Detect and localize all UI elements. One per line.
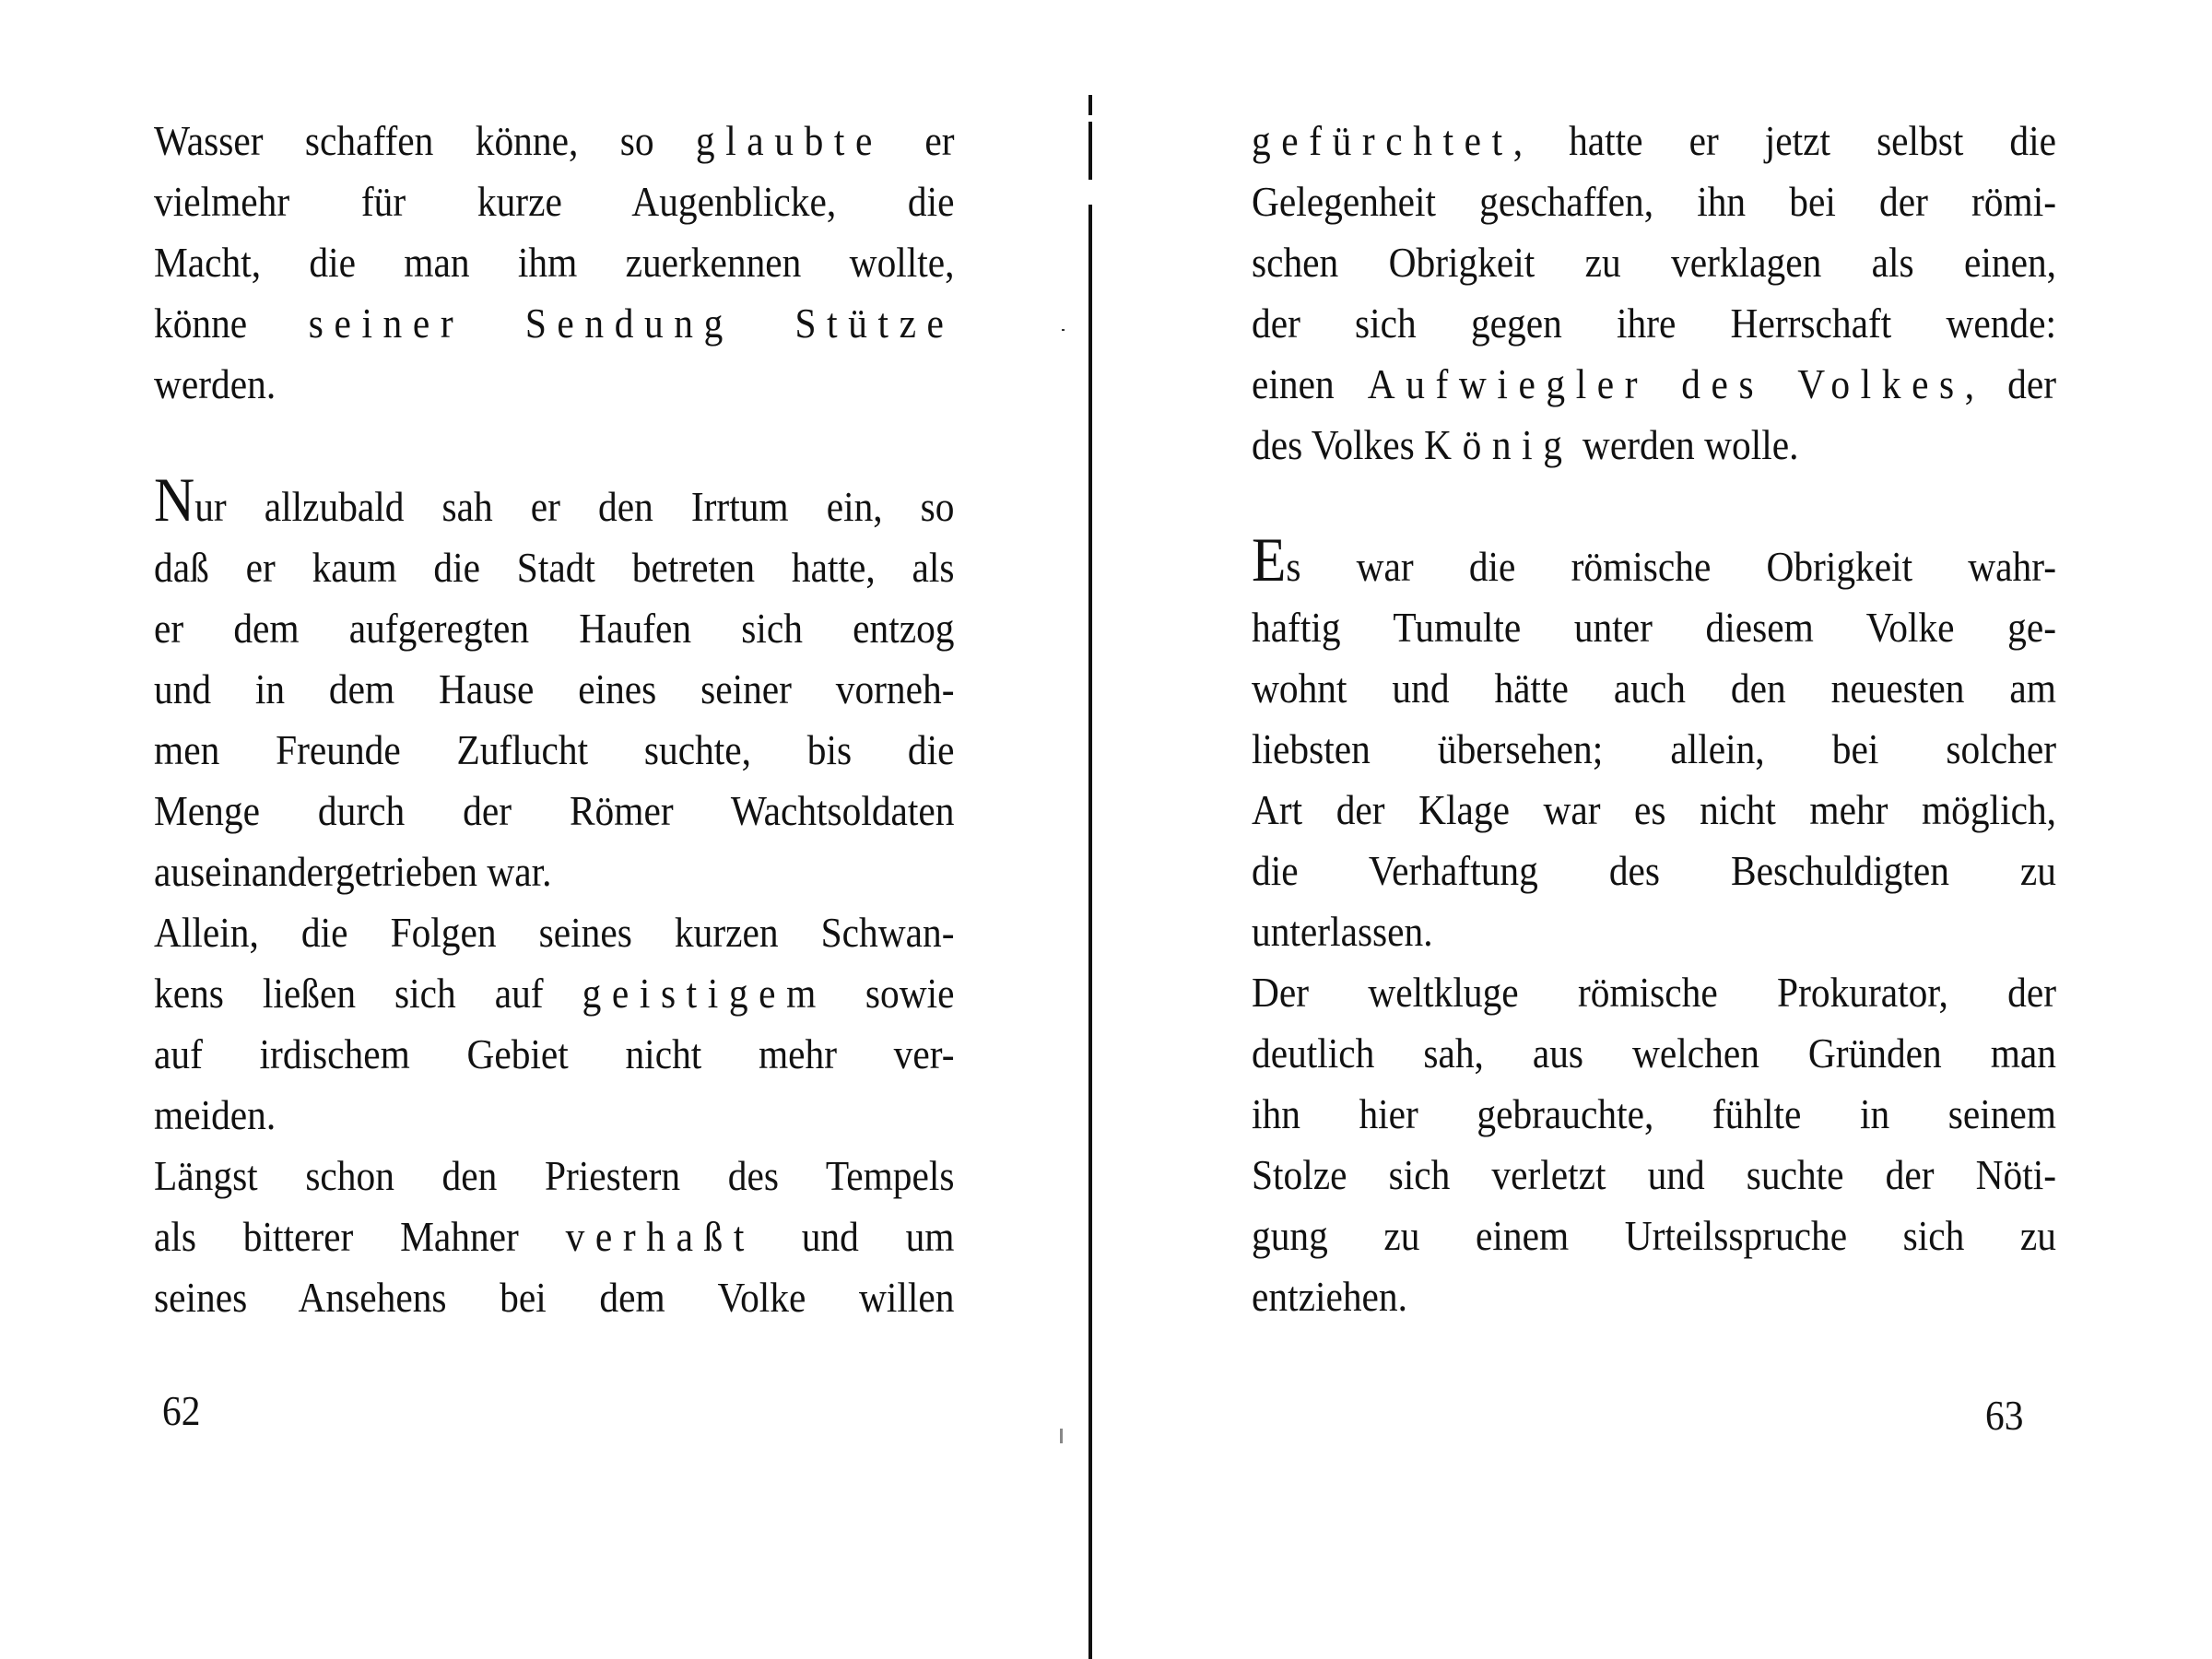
text-line: ihn hier gebrauchte, fühlte in seinem (1252, 1084, 2056, 1145)
text-line: men Freunde Zuflucht suchte, bis die (154, 720, 955, 781)
text-line: könne seiner Sendung Stütze (154, 293, 955, 354)
text-line: daß er kaum die Stadt betreten hatte, al… (154, 537, 955, 598)
right-page: gefürchtet, hatte er jetzt selbst dieGel… (1093, 0, 2212, 1659)
text-line: auseinandergetrieben war. (154, 841, 955, 902)
text-line: und in dem Hause eines seiner vorneh- (154, 659, 955, 720)
drop-initial: E (1252, 524, 1286, 594)
emphasis-spaced-word: seiner (309, 300, 464, 347)
text-line: gung zu einem Urteilsspruche sich zu (1252, 1206, 2056, 1266)
text-line: Stolze sich verletzt und suchte der Nöti… (1252, 1145, 2056, 1206)
text-line: Es war die römische Obrigkeit wahr- (1252, 536, 2056, 597)
emphasis-spaced-word: Stütze (794, 300, 954, 347)
text-line: Längst schon den Priestern des Tempels (154, 1146, 955, 1206)
scan-speck (1060, 1429, 1063, 1443)
text-line: Allein, die Folgen seines kurzen Schwan- (154, 902, 955, 963)
text-line: Art der Klage war es nicht mehr möglich, (1252, 780, 2056, 841)
text-line: vielmehr für kurze Augenblicke, die (154, 171, 955, 232)
text-line: er dem aufgeregten Haufen sich entzog (154, 598, 955, 659)
emphasis-spaced-word: glaubte (696, 117, 883, 164)
text-line: des Volkes König werden wolle. (1252, 415, 2056, 476)
text-line: Nur allzubald sah er den Irrtum ein, so (154, 477, 955, 537)
drop-initial: N (154, 465, 194, 535)
text-line: der sich gegen ihre Herrschaft wende: (1252, 293, 2056, 354)
text-line: schen Obrigkeit zu verklagen als einen, (1252, 232, 2056, 293)
text-line: Wasser schaffen könne, so glaubte er (154, 111, 955, 171)
text-line: Menge durch der Römer Wachtsoldaten (154, 781, 955, 841)
text-line: einen Aufwiegler des Volkes, der (1252, 354, 2056, 415)
text-line: meiden. (154, 1085, 955, 1146)
text-line: Gelegenheit geschaffen, ihn bei der römi… (1252, 171, 2056, 232)
scan-speck (1062, 329, 1065, 331)
book-spine-gutter (1088, 122, 1092, 180)
left-page: Wasser schaffen könne, so glaubte erviel… (0, 0, 1088, 1659)
text-line: Macht, die man ihm zuerkennen wollte, (154, 232, 955, 293)
emphasis-spaced-word: gefürchtet (1252, 117, 1513, 164)
page-number-left: 62 (162, 1390, 200, 1432)
emphasis-spaced-word: Sendung (525, 300, 734, 347)
text-line: wohnt und hätte auch den neuesten am (1252, 658, 2056, 719)
text-line: unterlassen. (1252, 901, 2056, 962)
emphasis-spaced-word: geistigem (582, 970, 827, 1017)
text-line: die Verhaftung des Beschuldigten zu (1252, 841, 2056, 901)
text-line: als bitterer Mahner verhaßt und um (154, 1206, 955, 1267)
text-line: werden. (154, 354, 955, 415)
emphasis-spaced-word: verhaßt (566, 1213, 755, 1260)
text-line: deutlich sah, aus welchen Gründen man (1252, 1023, 2056, 1084)
book-spine-gutter (1088, 95, 1092, 115)
text-line: entziehen. (1252, 1266, 2056, 1327)
emphasis-spaced-word: König (1424, 421, 1572, 468)
text-line: liebsten übersehen; allein, bei solcher (1252, 719, 2056, 780)
text-line: auf irdischem Gebiet nicht mehr ver- (154, 1024, 955, 1085)
text-line: gefürchtet, hatte er jetzt selbst die (1252, 111, 2056, 171)
page-number-right: 63 (1985, 1394, 2023, 1437)
emphasis-spaced-word: des (1681, 360, 1764, 407)
emphasis-spaced-word: Aufwiegler (1368, 360, 1648, 407)
text-line: seines Ansehens bei dem Volke willen (154, 1267, 955, 1328)
emphasis-spaced-word: Volkes (1797, 360, 1965, 407)
text-line: kens ließen sich auf geistigem sowie (154, 963, 955, 1024)
book-spine-gutter (1088, 205, 1092, 1659)
text-line: Der weltkluge römische Prokurator, der (1252, 962, 2056, 1023)
text-line: haftig Tumulte unter diesem Volke ge- (1252, 597, 2056, 658)
